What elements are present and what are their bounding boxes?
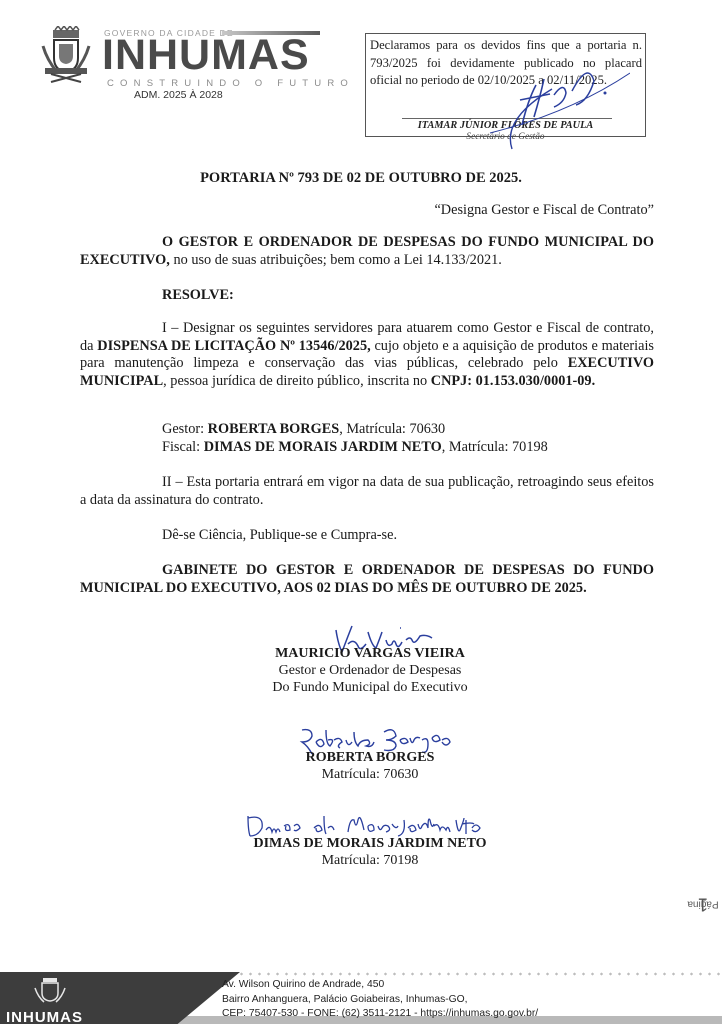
signature-block-fiscal: DIMAS DE MORAIS JARDIM NETO Matrícula: 7… bbox=[180, 835, 560, 869]
footer-street: Av. Wilson Quirino de Andrade, 450 bbox=[222, 978, 538, 993]
brand-tagline: CONSTRUINDO O FUTURO bbox=[107, 78, 354, 89]
article-1-paragraph: I – Designar os seguintes servidores par… bbox=[80, 320, 654, 390]
signer-registration: Matrícula: 70630 bbox=[180, 766, 560, 783]
page-number-indicator: Página 1 bbox=[688, 868, 718, 940]
signature-block-gestor-ordenador: MAURICIO VARGAS VIEIRA Gestor e Ordenado… bbox=[180, 645, 560, 696]
fiscal-name: DIMAS DE MORAIS JARDIM NETO bbox=[204, 439, 442, 455]
gestor-name: ROBERTA BORGES bbox=[208, 421, 340, 437]
city-brand-logo: INHUMAS bbox=[102, 32, 310, 78]
footer-dotted-rule bbox=[165, 972, 720, 976]
publication-statement: Declaramos para os devidos fins que a po… bbox=[370, 37, 642, 90]
fiscal-label: Fiscal: bbox=[162, 439, 204, 455]
fiscal-registration: , Matrícula: 70198 bbox=[442, 439, 548, 455]
page-number: 1 bbox=[698, 894, 708, 915]
signer-name: DIMAS DE MORAIS JARDIM NETO bbox=[180, 835, 560, 852]
document-subject: “Designa Gestor e Fiscal de Contrato” bbox=[434, 202, 654, 219]
signature-block-gestor: ROBERTA BORGES Matrícula: 70630 bbox=[180, 749, 560, 783]
preamble-paragraph: O GESTOR E ORDENADOR DE DESPESAS DO FUND… bbox=[80, 234, 654, 269]
closing-formula: Dê-se Ciência, Publique-se e Cumpra-se. bbox=[162, 527, 397, 544]
signer-name: ROBERTA BORGES bbox=[180, 749, 560, 766]
footer-neighborhood: Bairro Anhanguera, Palácio Goiabeiras, I… bbox=[222, 993, 538, 1008]
footer-coat-of-arms-icon bbox=[30, 976, 70, 1006]
footer-brand: INHUMAS bbox=[6, 1009, 83, 1024]
article-1-entity-type: , pessoa jurídica de direito público, in… bbox=[163, 373, 431, 389]
resolve-heading: RESOLVE: bbox=[162, 287, 234, 304]
signer-title: Gestor e Ordenador de Despesas bbox=[180, 662, 560, 679]
gestor-label: Gestor: bbox=[162, 421, 208, 437]
footer-address: Av. Wilson Quirino de Andrade, 450 Bairr… bbox=[222, 978, 538, 1022]
dispensa-reference: DISPENSA DE LICITAÇÃO Nº 13546/2025, bbox=[97, 338, 370, 354]
article-2-paragraph: II – Esta portaria entrará em vigor na d… bbox=[80, 474, 654, 509]
signer-name: MAURICIO VARGAS VIEIRA bbox=[180, 645, 560, 662]
cabinet-paragraph: GABINETE DO GESTOR E ORDENADOR DE DESPES… bbox=[80, 562, 654, 597]
publication-signer-name: ITAMAR JÚNIOR FLÔRES DE PAULA bbox=[365, 120, 646, 131]
preamble-text: no uso de suas atribuições; bem como a L… bbox=[170, 252, 502, 268]
document-title: PORTARIA Nº 793 DE 02 DE OUTUBRO DE 2025… bbox=[0, 170, 722, 187]
gestor-line: Gestor: ROBERTA BORGES, Matrícula: 70630 bbox=[162, 421, 445, 438]
coat-of-arms-icon bbox=[37, 26, 95, 84]
cnpj-number: CNPJ: 01.153.030/0001-09. bbox=[431, 373, 595, 389]
administration-period: ADM. 2025 À 2028 bbox=[134, 89, 223, 101]
publication-signer-role: Secretário de Gestão bbox=[365, 132, 646, 142]
fiscal-line: Fiscal: DIMAS DE MORAIS JARDIM NETO, Mat… bbox=[162, 439, 548, 456]
signature-line bbox=[402, 118, 612, 119]
signer-registration: Matrícula: 70198 bbox=[180, 852, 560, 869]
footer-contact: CEP: 75407-530 - FONE: (62) 3511-2121 - … bbox=[222, 1007, 538, 1022]
gestor-registration: , Matrícula: 70630 bbox=[339, 421, 445, 437]
signer-title-line2: Do Fundo Municipal do Executivo bbox=[180, 679, 560, 696]
